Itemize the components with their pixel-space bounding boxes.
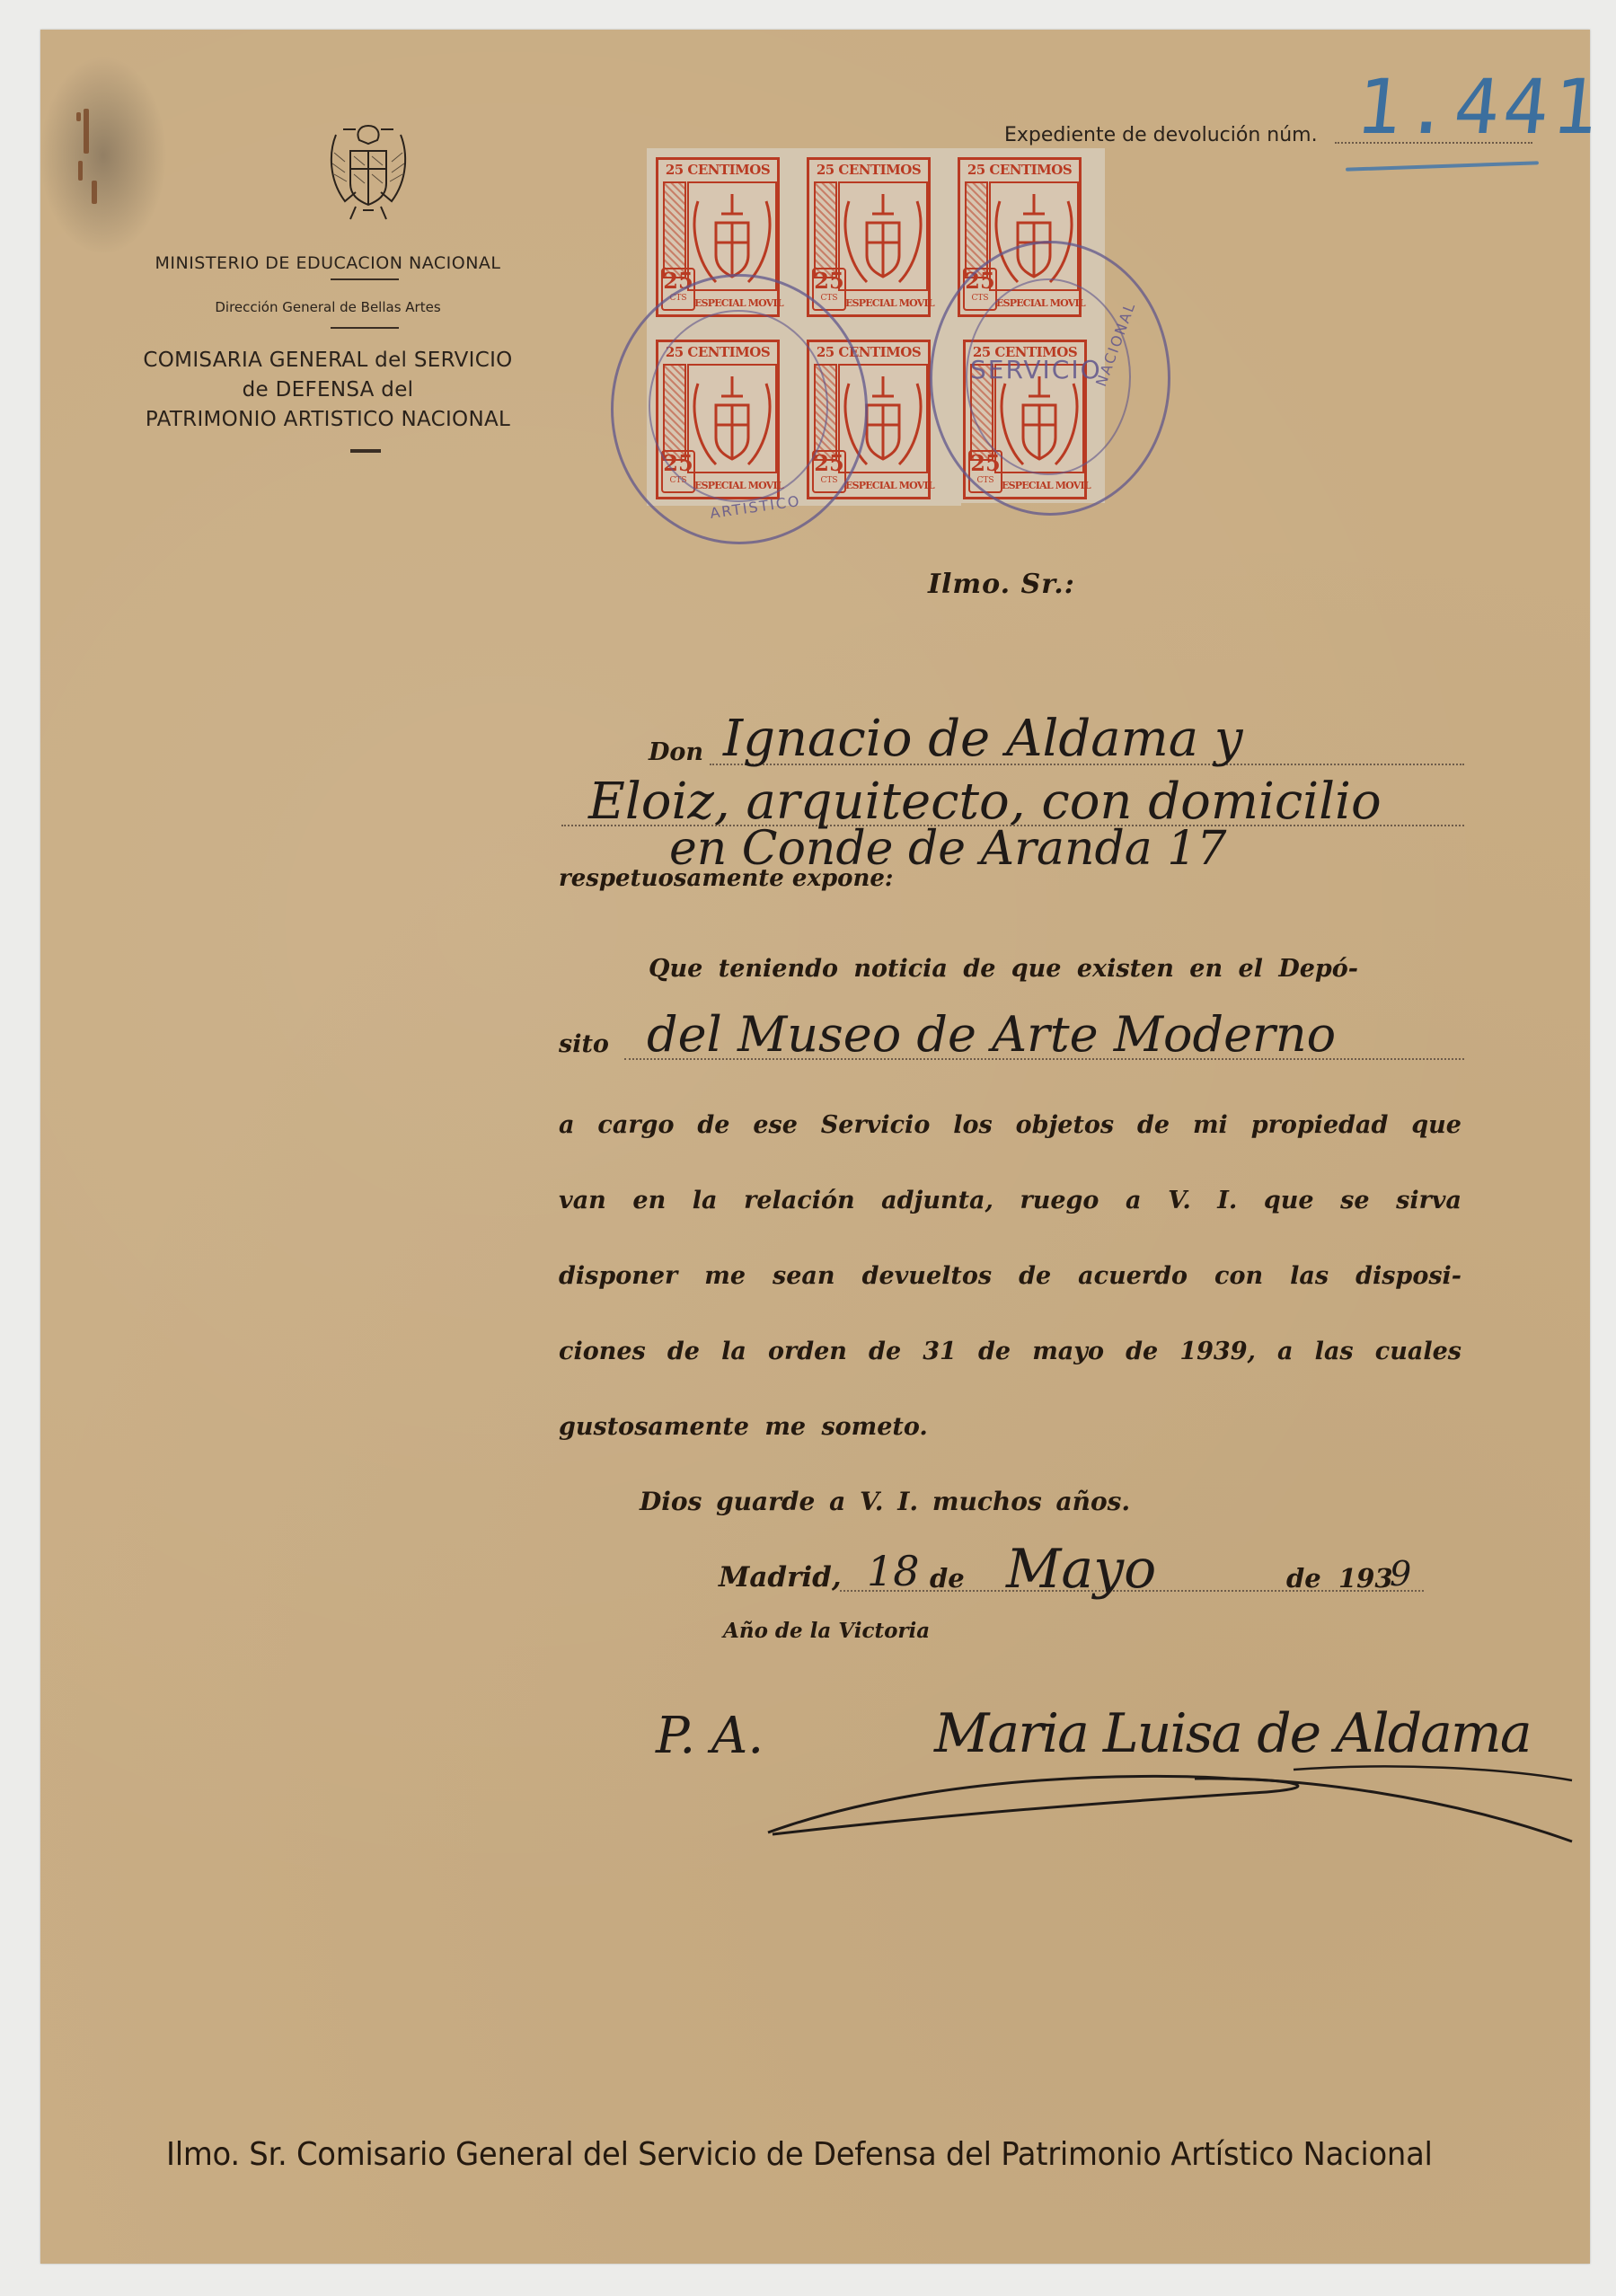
comisaria-line: COMISARIA GENERAL del SERVICIO [0, 346, 656, 375]
date-de: de [1286, 1563, 1321, 1594]
revenue-stamp: 25 CENTIMOS 25CTS ESPECIAL MOVIL [807, 157, 931, 317]
date-de: de [930, 1563, 965, 1594]
expone-text: respetuosamente expone: [559, 865, 894, 892]
closing-madrid: Madrid, [719, 1561, 842, 1594]
rust-stain [78, 161, 83, 181]
stamp-bottom-text: ESPECIAL MOVIL [845, 297, 926, 309]
stamp-ornament [814, 181, 837, 278]
seal-text: SERVICIO [970, 355, 1102, 384]
divider [350, 449, 381, 453]
applicant-name-line1: Ignacio de Aldama y [723, 710, 1243, 768]
signature-flourish [764, 1752, 1590, 1850]
stamp-bottom-text: ESPECIAL MOVIL [845, 480, 926, 491]
body-line: gustosamente me someto. [559, 1413, 928, 1441]
stamp-top-text: 25 CENTIMOS [658, 162, 777, 178]
comisaria-title: COMISARIA GENERAL del SERVICIO de DEFENS… [0, 346, 656, 435]
divider [331, 327, 399, 329]
closing-dios: Dios guarde a V. I. muchos años. [640, 1487, 1130, 1516]
date-day: 18 [867, 1547, 920, 1595]
body-line: Que teniendo noticia de que existen en e… [649, 955, 1358, 983]
date-year-hand: 9 [1390, 1554, 1411, 1594]
deposito-handwritten: del Museo de Arte Moderno [647, 1006, 1336, 1063]
anio-victoria: Año de la Victoria [723, 1619, 930, 1643]
direction-title: Dirección General de Bellas Artes [0, 299, 656, 315]
stamp-top-text: 25 CENTIMOS [960, 162, 1079, 178]
stamp-top-text: 25 CENTIMOS [809, 162, 928, 178]
stamp-ornament [663, 181, 686, 278]
body-line: disponer me sean devueltos de acuerdo co… [559, 1262, 1461, 1290]
addressee-footer: Ilmo. Sr. Comisario General del Servicio… [166, 2136, 1433, 2173]
divider [331, 278, 399, 280]
body-line: sito [559, 1030, 609, 1058]
ministry-title: MINISTERIO DE EDUCACION NACIONAL [0, 253, 656, 273]
expediente-label: Expediente de devolución núm. [1004, 124, 1318, 146]
rust-stain [76, 112, 81, 121]
body-line: a cargo de ese Servicio los objetos de m… [559, 1111, 1461, 1139]
signature-prefix: P. A. [656, 1707, 764, 1765]
body-line: van en la relación adjunta, ruego a V. I… [559, 1187, 1461, 1214]
eagle-shield-icon [838, 181, 928, 291]
date-month: Mayo [1006, 1538, 1156, 1601]
comisaria-line: de DEFENSA del [0, 375, 656, 405]
comisaria-line: PATRIMONIO ARTISTICO NACIONAL [0, 405, 656, 435]
body-line: ciones de la orden de 31 de mayo de 1939… [559, 1338, 1461, 1365]
rust-stain [84, 109, 89, 154]
expediente-number: 1.441 [1352, 63, 1606, 151]
cancellation-seal-inner-ring [649, 310, 828, 502]
rust-stain [92, 181, 97, 204]
coat-of-arms-icon [323, 117, 413, 225]
salutation: Ilmo. Sr.: [928, 569, 1075, 600]
don-label: Don [649, 738, 703, 766]
date-year-printed: 193 [1338, 1563, 1393, 1594]
